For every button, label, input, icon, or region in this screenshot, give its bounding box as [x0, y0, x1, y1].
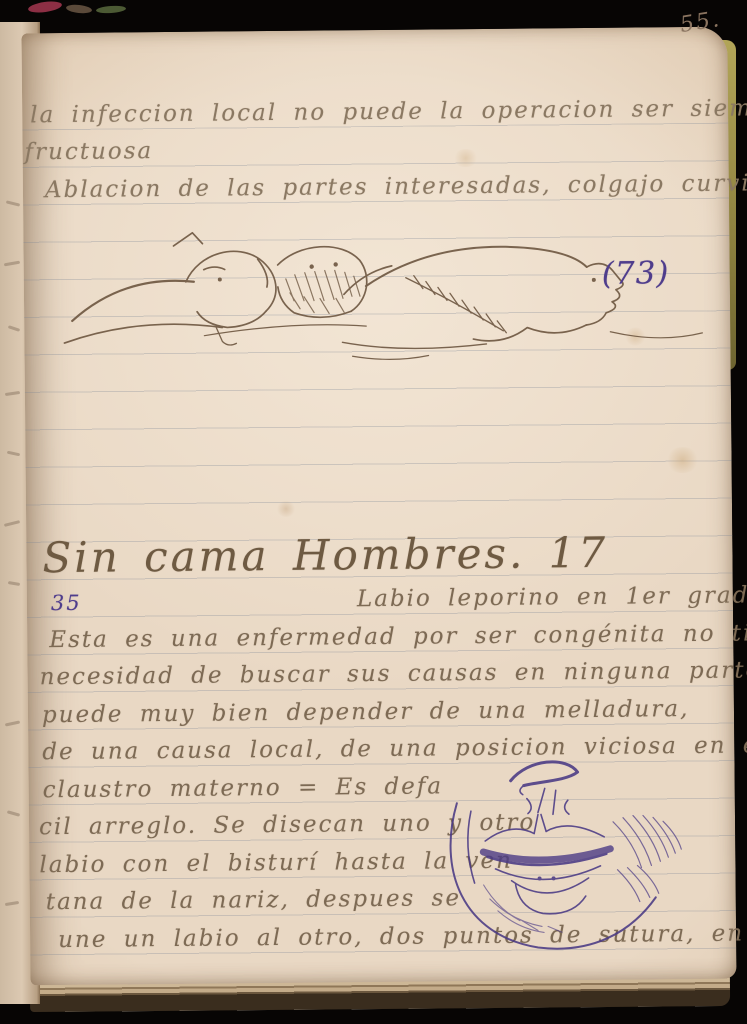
- notebook-page: la infeccion local no puede la operacion…: [21, 27, 736, 986]
- body-line: tana de la nariz, despues se: [46, 885, 461, 915]
- body-line: claustro materno = Es defa: [43, 773, 444, 803]
- figure-number-label: (73): [602, 255, 670, 292]
- diagnosis-subheading: Labio leporino en 1er grado.: [357, 582, 747, 612]
- head-profile-sketches: [53, 219, 714, 370]
- headband-thread: [96, 5, 126, 14]
- notebook-scan: 55. la infeccion local no puede la opera…: [0, 0, 747, 1024]
- manuscript-line: fructuosa: [24, 138, 153, 165]
- headband-thread: [66, 4, 93, 15]
- section-heading: Sin cama Hombres. 17: [42, 528, 608, 582]
- headband-thread: [27, 0, 62, 14]
- cleft-lip-sketch: [426, 749, 694, 968]
- margin-number: 35: [51, 591, 82, 615]
